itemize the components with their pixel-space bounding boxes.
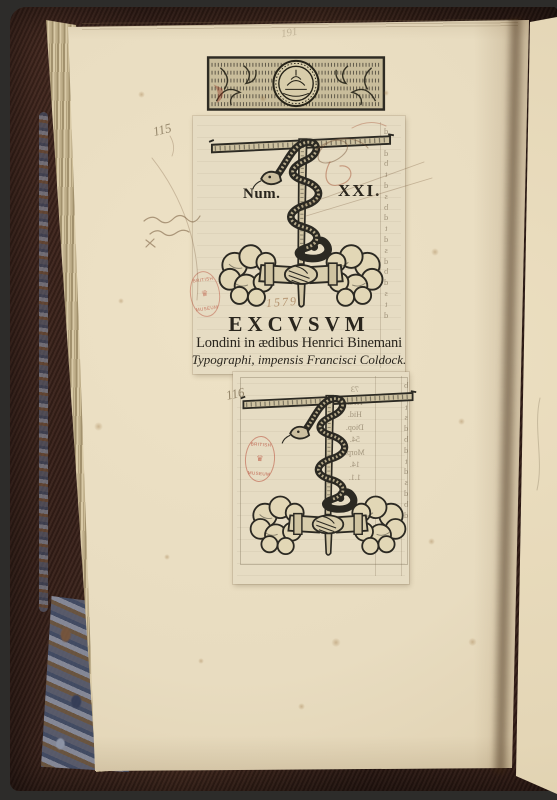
book-photograph: d s d b t d s b d t d s d b d s t d 73 H… bbox=[0, 0, 557, 800]
ink-scribbles-overlay bbox=[0, 0, 557, 800]
